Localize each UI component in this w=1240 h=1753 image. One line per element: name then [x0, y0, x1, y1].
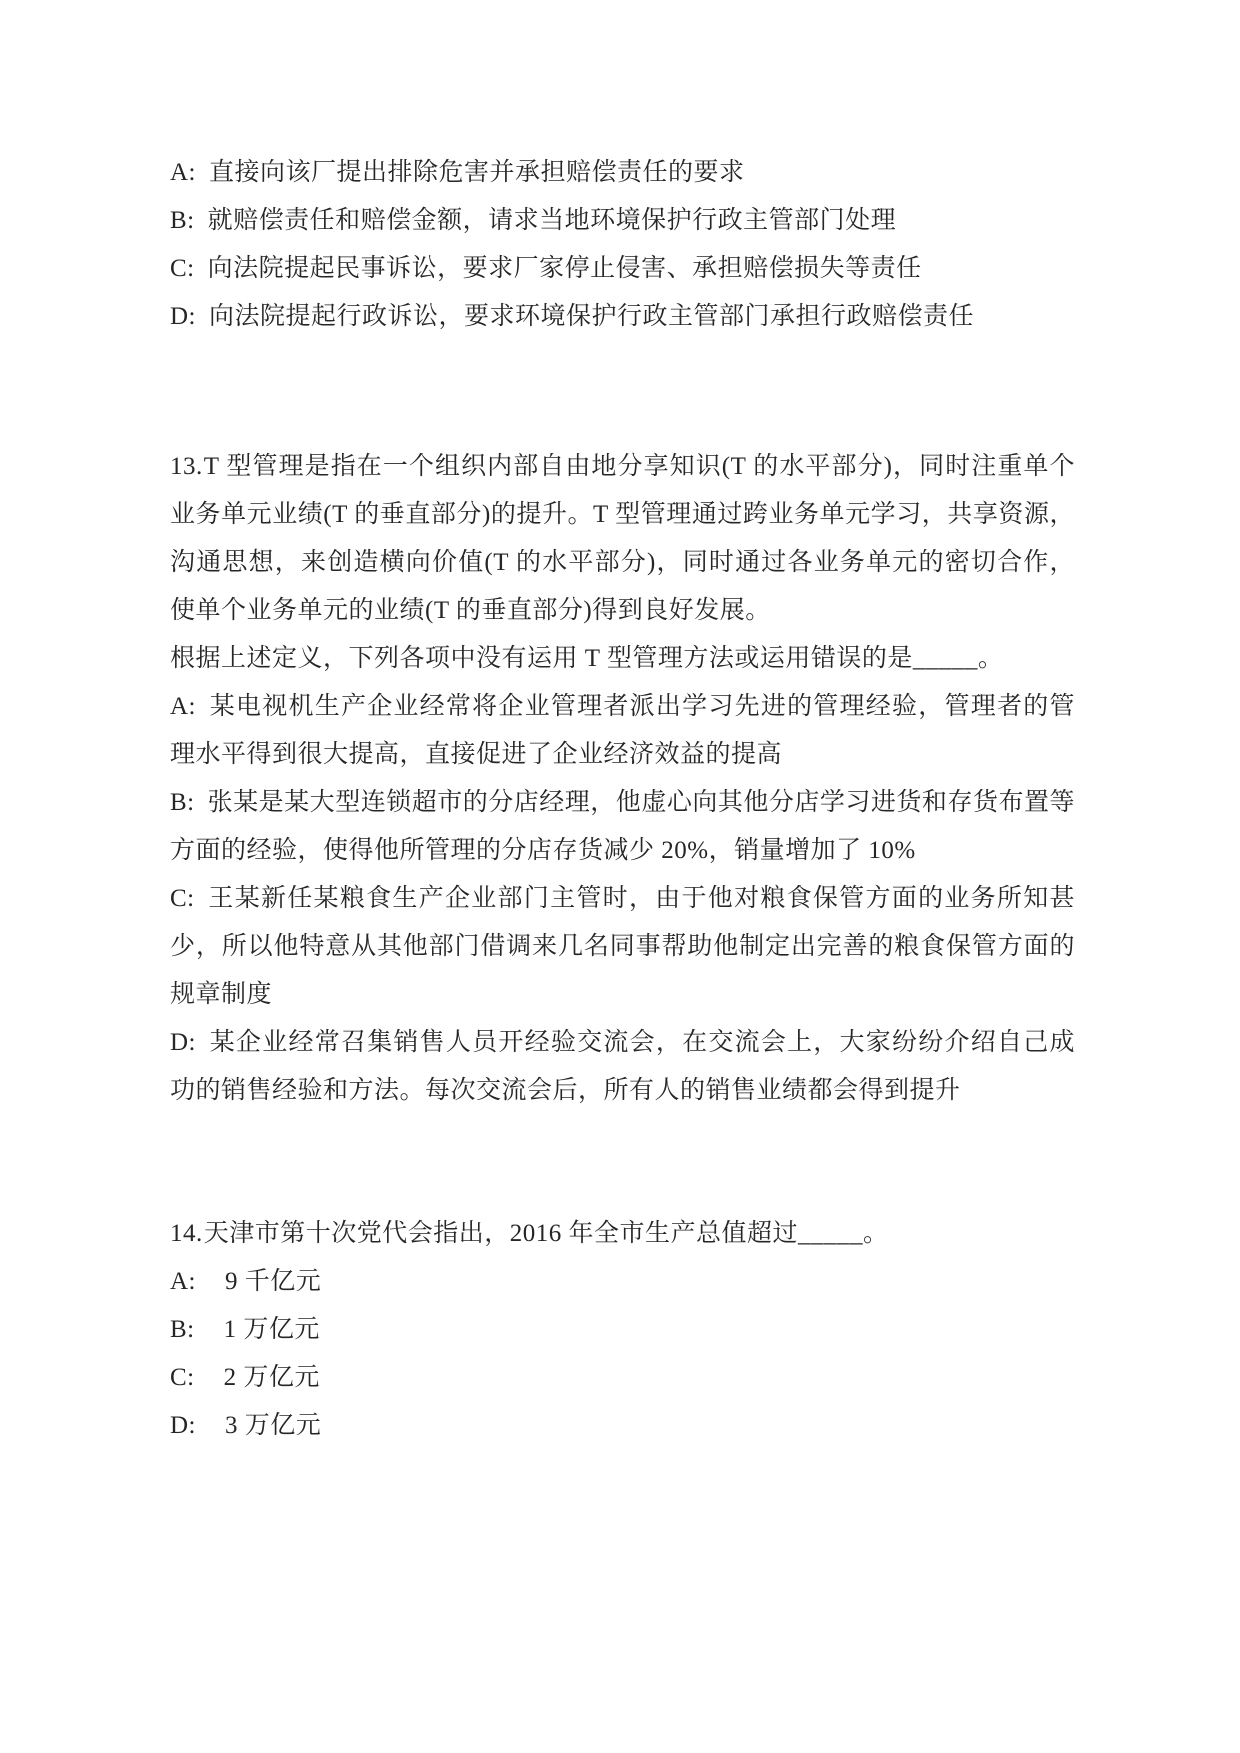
- option-row: D:3 万亿元: [170, 1402, 1075, 1450]
- option-text: 9 千亿元: [225, 1268, 321, 1295]
- option-label: B:: [170, 207, 195, 234]
- option-label: A:: [170, 693, 196, 720]
- option-text: 2 万亿元: [224, 1364, 320, 1391]
- option-row: C:向法院提起民事诉讼，要求厂家停止侵害、承担赔偿损失等责任: [170, 245, 1075, 293]
- option-text: 直接向该厂提出排除危害并承担赔偿责任的要求: [209, 159, 745, 186]
- option-label: C:: [170, 885, 195, 912]
- option-row: A:某电视机生产企业经常将企业管理者派出学习先进的管理经验，管理者的管理水平得到…: [170, 683, 1075, 779]
- option-label: D:: [170, 1029, 196, 1056]
- question12-options: A:直接向该厂提出排除危害并承担赔偿责任的要求 B:就赔偿责任和赔偿金额，请求当…: [170, 149, 1075, 341]
- option-row: A:9 千亿元: [170, 1258, 1075, 1306]
- option-text: 张某是某大型连锁超市的分店经理，他虚心向其他分店学习进货和存货布置等方面的经验，…: [170, 789, 1075, 864]
- option-label: A:: [170, 159, 196, 186]
- option-text: 某企业经常召集销售人员开经验交流会，在交流会上，大家纷纷介绍自己成功的销售经验和…: [170, 1029, 1075, 1104]
- question-number: 13.: [170, 453, 203, 480]
- option-text: 某电视机生产企业经常将企业管理者派出学习先进的管理经验，管理者的管理水平得到很大…: [170, 693, 1075, 768]
- question-14: 14.天津市第十次党代会指出，2016 年全市生产总值超过_____。 A:9 …: [170, 1210, 1075, 1450]
- option-label: D:: [170, 303, 196, 330]
- question-stem: 14.天津市第十次党代会指出，2016 年全市生产总值超过_____。: [170, 1210, 1075, 1258]
- option-text: 1 万亿元: [224, 1316, 320, 1343]
- option-label: D:: [170, 1412, 196, 1439]
- option-label: A:: [170, 1268, 196, 1295]
- question-stem-text: T 型管理是指在一个组织内部自由地分享知识(T 的水平部分)，同时注重单个业务单…: [170, 453, 1075, 624]
- option-row: D:向法院提起行政诉讼，要求环境保护行政主管部门承担行政赔偿责任: [170, 293, 1075, 341]
- option-row: A:直接向该厂提出排除危害并承担赔偿责任的要求: [170, 149, 1075, 197]
- question-instruction: 根据上述定义，下列各项中没有运用 T 型管理方法或运用错误的是_____。: [170, 635, 1075, 683]
- option-text: 就赔偿责任和赔偿金额，请求当地环境保护行政主管部门处理: [208, 207, 897, 234]
- option-label: B:: [170, 789, 195, 816]
- option-text: 向法院提起行政诉讼，要求环境保护行政主管部门承担行政赔偿责任: [209, 303, 974, 330]
- option-row: C:王某新任某粮食生产企业部门主管时，由于他对粮食保管方面的业务所知甚少，所以他…: [170, 875, 1075, 1019]
- option-text: 向法院提起民事诉讼，要求厂家停止侵害、承担赔偿损失等责任: [208, 255, 922, 282]
- option-label: B:: [170, 1316, 195, 1343]
- option-row: C:2 万亿元: [170, 1354, 1075, 1402]
- option-label: C:: [170, 1364, 195, 1391]
- question-number: 14.: [170, 1220, 203, 1247]
- option-text: 3 万亿元: [225, 1412, 321, 1439]
- option-row: B:1 万亿元: [170, 1306, 1075, 1354]
- question-13: 13.T 型管理是指在一个组织内部自由地分享知识(T 的水平部分)，同时注重单个…: [170, 443, 1075, 1115]
- question-stem: 13.T 型管理是指在一个组织内部自由地分享知识(T 的水平部分)，同时注重单个…: [170, 443, 1075, 635]
- option-row: B:张某是某大型连锁超市的分店经理，他虚心向其他分店学习进货和存货布置等方面的经…: [170, 779, 1075, 875]
- question-stem-text: 天津市第十次党代会指出，2016 年全市生产总值超过_____。: [204, 1220, 889, 1247]
- option-label: C:: [170, 255, 195, 282]
- exam-document-page: A:直接向该厂提出排除危害并承担赔偿责任的要求 B:就赔偿责任和赔偿金额，请求当…: [0, 0, 1240, 1753]
- option-text: 王某新任某粮食生产企业部门主管时，由于他对粮食保管方面的业务所知甚少，所以他特意…: [170, 885, 1075, 1008]
- option-row: B:就赔偿责任和赔偿金额，请求当地环境保护行政主管部门处理: [170, 197, 1075, 245]
- option-row: D:某企业经常召集销售人员开经验交流会，在交流会上，大家纷纷介绍自己成功的销售经…: [170, 1019, 1075, 1115]
